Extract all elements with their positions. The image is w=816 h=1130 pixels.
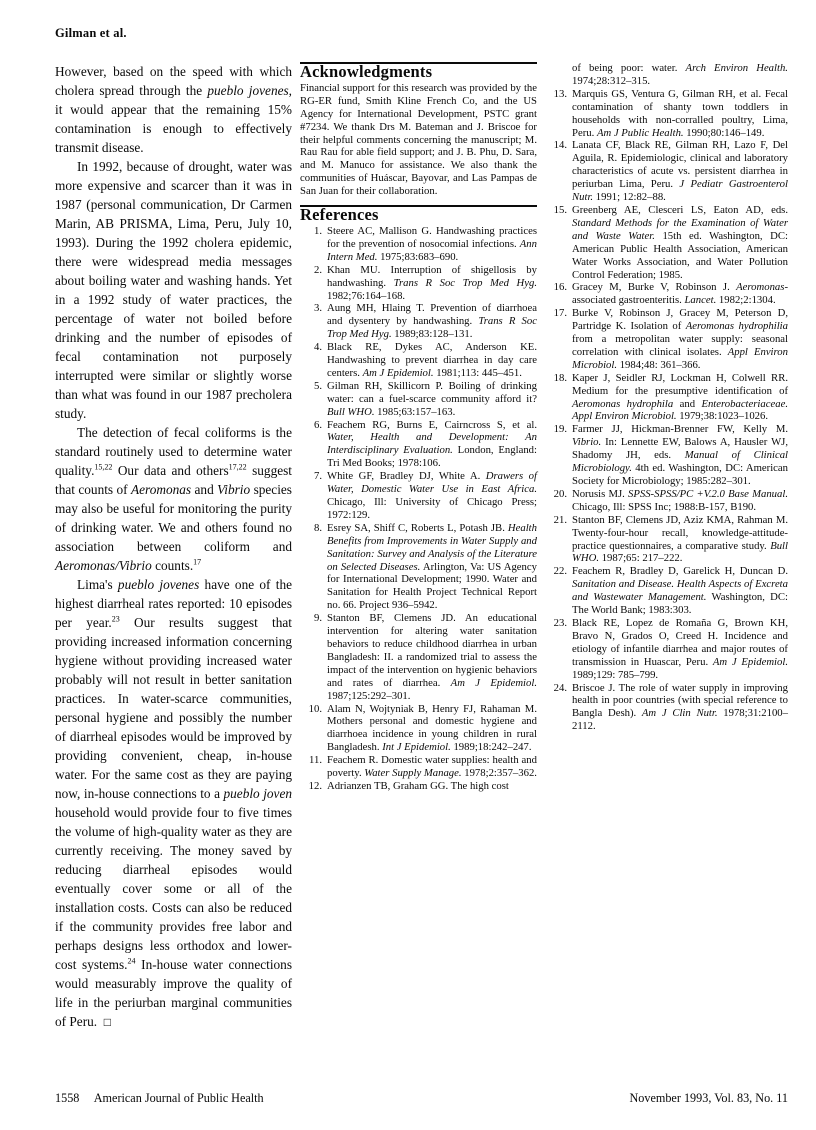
reference-number: 11. xyxy=(300,754,322,780)
reference-item: 12.Adrianzen TB, Graham GG. The high cos… xyxy=(300,780,537,793)
reference-text: Burke V, Robinson J, Gracey M, Peterson … xyxy=(572,307,788,372)
reference-text: Khan MU. Interruption of shigellosis by … xyxy=(327,264,537,303)
issue-info: November 1993, Vol. 83, No. 11 xyxy=(629,1091,788,1106)
reference-item: 20.Norusis MJ. SPSS-SPSS/PC +V.2.0 Base … xyxy=(545,488,788,514)
reference-text: Adrianzen TB, Graham GG. The high cost xyxy=(327,780,537,793)
reference-item: 6.Feachem RG, Burns E, Cairncross S, et … xyxy=(300,419,537,471)
footer-left: 1558 American Journal of Public Health xyxy=(55,1091,264,1106)
reference-text: Alam N, Wojtyniak B, Henry FJ, Rahaman M… xyxy=(327,703,537,755)
reference-item: 2.Khan MU. Interruption of shigellosis b… xyxy=(300,264,537,303)
reference-number: 22. xyxy=(545,565,567,617)
reference-item: 11.Feachem R. Domestic water supplies: h… xyxy=(300,754,537,780)
reference-text: Greenberg AE, Clesceri LS, Eaton AD, eds… xyxy=(572,204,788,281)
references-heading: References xyxy=(300,209,537,222)
right-column: of being poor: water. Arch Environ Healt… xyxy=(545,62,788,733)
references-list-col3: 13.Marquis GS, Ventura G, Gilman RH, et … xyxy=(545,88,788,733)
reference-number: 24. xyxy=(545,682,567,734)
reference-item: 13.Marquis GS, Ventura G, Gilman RH, et … xyxy=(545,88,788,140)
reference-item: 4.Black RE, Dykes AC, Anderson KE. Handw… xyxy=(300,341,537,380)
journal-name: American Journal of Public Health xyxy=(94,1091,264,1105)
reference-item: 17.Burke V, Robinson J, Gracey M, Peters… xyxy=(545,307,788,372)
reference-text: Black RE, Dykes AC, Anderson KE. Handwas… xyxy=(327,341,537,380)
reference-number: 4. xyxy=(300,341,322,380)
reference-item: 16.Gracey M, Burke V, Robinson J. Aeromo… xyxy=(545,281,788,307)
reference-number: 12. xyxy=(300,780,322,793)
reference-text: Steere AC, Mallison G. Handwashing pract… xyxy=(327,225,537,264)
reference-text: Norusis MJ. SPSS-SPSS/PC +V.2.0 Base Man… xyxy=(572,488,788,514)
reference-text: Gilman RH, Skillicorn P. Boiling of drin… xyxy=(327,380,537,419)
reference-item: 9.Stanton BF, Clemens JD. An educational… xyxy=(300,612,537,702)
reference-number: 3. xyxy=(300,302,322,341)
reference-number: 2. xyxy=(300,264,322,303)
body-paragraph: In 1992, because of drought, water was m… xyxy=(55,157,292,423)
page-footer: 1558 American Journal of Public Health N… xyxy=(55,1091,788,1106)
reference-number: 23. xyxy=(545,617,567,682)
reference-item: 14.Lanata CF, Black RE, Gilman RH, Lazo … xyxy=(545,139,788,204)
reference-item: 18.Kaper J, Seidler RJ, Lockman H, Colwe… xyxy=(545,372,788,424)
reference-item: 10.Alam N, Wojtyniak B, Henry FJ, Rahama… xyxy=(300,703,537,755)
reference-text: Gracey M, Burke V, Robinson J. Aeromonas… xyxy=(572,281,788,307)
reference-item: 1.Steere AC, Mallison G. Handwashing pra… xyxy=(300,225,537,264)
reference-number: 1. xyxy=(300,225,322,264)
reference-text: Briscoe J. The role of water supply in i… xyxy=(572,682,788,734)
reference-text: Stanton BF, Clemens JD, Aziz KMA, Rahman… xyxy=(572,514,788,566)
reference-number: 16. xyxy=(545,281,567,307)
reference-text: Lanata CF, Black RE, Gilman RH, Lazo F, … xyxy=(572,139,788,204)
reference-item: 23.Black RE, Lopez de Romaña G, Brown KH… xyxy=(545,617,788,682)
reference-text: Stanton BF, Clemens JD. An educational i… xyxy=(327,612,537,702)
reference-item: 3.Aung MH, Hlaing T. Prevention of diarr… xyxy=(300,302,537,341)
reference-item: 22.Feachem R, Bradley D, Garelick H, Dun… xyxy=(545,565,788,617)
reference-number: 5. xyxy=(300,380,322,419)
reference-item-carryover: of being poor: water. Arch Environ Healt… xyxy=(545,62,788,88)
reference-text: Feachem R, Bradley D, Garelick H, Duncan… xyxy=(572,565,788,617)
reference-number: 7. xyxy=(300,470,322,522)
reference-item: 24.Briscoe J. The role of water supply i… xyxy=(545,682,788,734)
reference-text: Feachem R. Domestic water supplies: heal… xyxy=(327,754,537,780)
running-head: Gilman et al. xyxy=(55,26,127,41)
acknowledgments-heading: Acknowledgments xyxy=(300,66,537,79)
reference-item: 19.Farmer JJ, Hickman-Brenner FW, Kelly … xyxy=(545,423,788,488)
reference-number: 20. xyxy=(545,488,567,514)
body-paragraph: The detection of fecal coliforms is the … xyxy=(55,423,292,575)
reference-item: 5.Gilman RH, Skillicorn P. Boiling of dr… xyxy=(300,380,537,419)
reference-item: 8.Esrey SA, Shiff C, Roberts L, Potash J… xyxy=(300,522,537,612)
references-list-col2: 1.Steere AC, Mallison G. Handwashing pra… xyxy=(300,225,537,793)
reference-number: 19. xyxy=(545,423,567,488)
page-number: 1558 xyxy=(55,1091,79,1105)
middle-column: Acknowledgments Financial support for th… xyxy=(300,62,537,793)
reference-text: Esrey SA, Shiff C, Roberts L, Potash JB.… xyxy=(327,522,537,612)
reference-item: 21.Stanton BF, Clemens JD, Aziz KMA, Rah… xyxy=(545,514,788,566)
body-paragraph: However, based on the speed with which c… xyxy=(55,62,292,157)
reference-text: Marquis GS, Ventura G, Gilman RH, et al.… xyxy=(572,88,788,140)
reference-text: Black RE, Lopez de Romaña G, Brown KH, B… xyxy=(572,617,788,682)
reference-text: Kaper J, Seidler RJ, Lockman H, Colwell … xyxy=(572,372,788,424)
reference-number: 15. xyxy=(545,204,567,281)
body-text-column: However, based on the speed with which c… xyxy=(55,62,292,1032)
end-of-article-square: □ xyxy=(104,1015,111,1029)
reference-number: 18. xyxy=(545,372,567,424)
reference-number: 21. xyxy=(545,514,567,566)
reference-text: of being poor: water. Arch Environ Healt… xyxy=(572,62,788,88)
reference-number: 8. xyxy=(300,522,322,612)
reference-number: 6. xyxy=(300,419,322,471)
body-paragraph: Lima's pueblo jovenes have one of the hi… xyxy=(55,575,292,1032)
reference-number: 17. xyxy=(545,307,567,372)
reference-text: Farmer JJ, Hickman-Brenner FW, Kelly M. … xyxy=(572,423,788,488)
reference-number: 10. xyxy=(300,703,322,755)
reference-number: 14. xyxy=(545,139,567,204)
reference-item: 15.Greenberg AE, Clesceri LS, Eaton AD, … xyxy=(545,204,788,281)
reference-item: 7.White GF, Bradley DJ, White A. Drawers… xyxy=(300,470,537,522)
reference-text: Aung MH, Hlaing T. Prevention of diarrho… xyxy=(327,302,537,341)
reference-number: 9. xyxy=(300,612,322,702)
reference-number: 13. xyxy=(545,88,567,140)
journal-page: Gilman et al. However, based on the spee… xyxy=(0,0,816,1130)
reference-number xyxy=(545,62,567,88)
acknowledgments-text: Financial support for this research was … xyxy=(300,82,537,198)
reference-text: White GF, Bradley DJ, White A. Drawers o… xyxy=(327,470,537,522)
reference-text: Feachem RG, Burns E, Cairncross S, et al… xyxy=(327,419,537,471)
